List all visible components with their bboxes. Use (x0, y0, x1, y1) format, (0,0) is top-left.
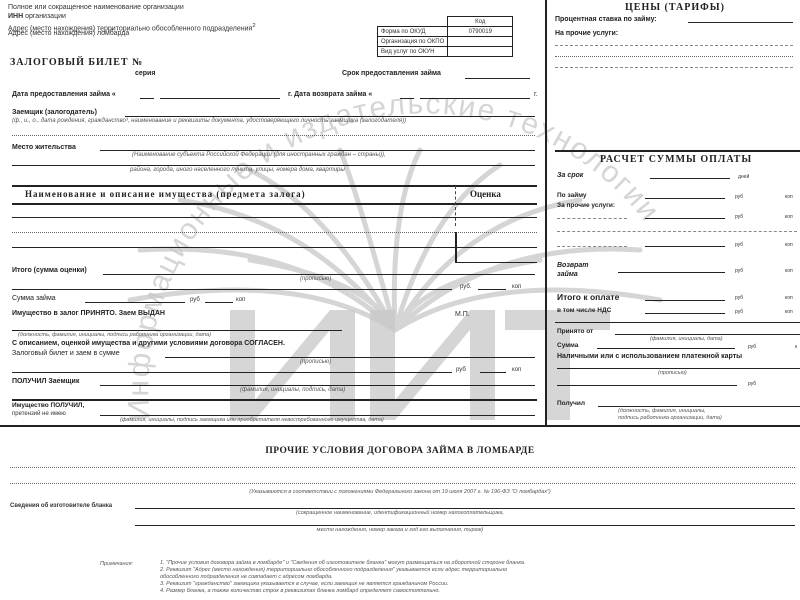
accepted-from-label: Принято от (557, 328, 593, 335)
borrower-field-2[interactable] (12, 135, 535, 136)
received-ticket-field[interactable] (165, 357, 535, 358)
loan-sum-kop: коп (236, 296, 245, 304)
total-in-words-hint: (прописью) (300, 276, 331, 282)
year-suffix: г. (534, 91, 538, 99)
property-row-3[interactable] (12, 247, 537, 248)
accepted-from-hint: (фамилия, инициалы, дата) (650, 336, 723, 342)
calc-other-name-3[interactable] (557, 246, 627, 247)
total-kop-field[interactable] (478, 289, 506, 290)
borrower-hint: (ф., и., о., дата рождения, гражданство³… (12, 118, 406, 124)
calc-other-kop-1: коп (785, 213, 793, 221)
accepted-hint: (должность, фамилия, инициалы, подпись р… (18, 332, 211, 338)
calc-loan-kop: коп (785, 193, 793, 201)
calc-days: дней (738, 173, 749, 181)
calc-return-label-1: Возврат (557, 262, 589, 269)
date-given-month[interactable] (160, 98, 280, 99)
prices-title: ЦЕНЫ (ТАРИФЫ) (625, 2, 725, 13)
property-received-field[interactable] (100, 415, 535, 416)
residence-field[interactable] (100, 150, 535, 151)
calc-received-label: Получил (557, 400, 585, 407)
notes-label: Примечания: (100, 561, 133, 567)
calc-loan-field[interactable] (645, 198, 725, 199)
total-field-2[interactable] (12, 289, 452, 290)
note-2-cont: обособленного подразделения не совпадает… (160, 574, 526, 581)
address-sub-sup: 2 (252, 23, 255, 29)
calc-return-label-2: займа (557, 271, 578, 278)
total-field[interactable] (103, 274, 535, 275)
calc-received-hint-1: (должность, фамилия, инициалы, (618, 408, 706, 414)
ticket-title: ЗАЛОГОВЫЙ БИЛЕТ № (10, 57, 143, 68)
calc-total-rub: руб (735, 294, 743, 302)
property-table-top (12, 185, 537, 187)
calc-other-name-1[interactable] (557, 218, 627, 219)
received-rub: руб (456, 366, 466, 374)
code-value-okpo[interactable] (448, 37, 513, 47)
accepted-from-field[interactable] (615, 334, 800, 335)
stamp-label: М.П. (455, 311, 470, 319)
note-2: 2. Реквизит "Адрес (место нахождения) те… (160, 567, 526, 574)
residence-field-2[interactable] (12, 165, 535, 166)
date-return-month[interactable] (420, 98, 530, 99)
cash-card-label: Наличными или с использованием платежной… (557, 353, 742, 360)
interest-field[interactable] (688, 22, 793, 23)
section-divider (0, 425, 800, 427)
residence-label: Место жительства (12, 144, 76, 151)
date-given-label: Дата предоставления займа « (12, 91, 116, 98)
cash-card-hint: (прописью) (658, 370, 687, 376)
cash-card-field-2[interactable] (557, 385, 737, 386)
other-services-label: На прочие услуги: (555, 30, 618, 37)
agreed-label: С описанием, оценкой имущества и другими… (12, 340, 285, 347)
property-col-name: Наименование и описание имущества (предм… (25, 189, 306, 199)
property-value-total-line (455, 262, 537, 263)
property-received-hint: (фамилия, инициалы, подпись заемщика или… (120, 417, 384, 423)
received-kop: коп (512, 366, 521, 374)
calc-vat-label: в том числе НДС (557, 307, 611, 314)
property-col-divider-2 (455, 232, 457, 262)
calc-other-row-2[interactable] (557, 231, 797, 232)
calc-sum-rub: руб (748, 343, 756, 351)
calc-sum-kop: к (795, 343, 797, 351)
other-services-field-1[interactable] (555, 45, 793, 46)
inn-row: ИНН организации (8, 13, 66, 21)
total-label: Итого (сумма оценки) (12, 267, 87, 274)
calc-other-label: За прочие услуги: (557, 202, 615, 209)
code-label-okud: Форма по ОКУД (378, 27, 448, 37)
received-in-words-hint: (прописью) (300, 359, 331, 365)
calc-term-label: За срок (557, 172, 583, 179)
code-label-okun: Вид услуг по ОКУН (378, 47, 448, 57)
calc-other-field-3[interactable] (645, 246, 725, 247)
maker-hint-2: место нахождения, номер заказа и год его… (0, 527, 800, 533)
loan-sum-label: Сумма займа (12, 295, 56, 302)
calc-term-field[interactable] (650, 178, 730, 179)
accepted-label: Имущество в залог ПРИНЯТО. Заем ВЫДАН (12, 310, 165, 317)
code-value-okun[interactable] (448, 47, 513, 57)
calc-vat-rub: руб (735, 308, 743, 316)
calc-total-kop: коп (785, 294, 793, 302)
calc-other-field-1[interactable] (645, 218, 725, 219)
calc-title: РАСЧЕТ СУММЫ ОПЛАТЫ (600, 154, 752, 165)
other-services-field-3[interactable] (555, 67, 793, 68)
borrower-got-label: ПОЛУЧИЛ Заемщик (12, 378, 79, 385)
borrower-field[interactable] (125, 116, 535, 117)
loan-term-field[interactable] (465, 78, 530, 79)
calc-total-label: Итого к оплате (557, 292, 619, 302)
date-return-label: г. Дата возврата займа « (288, 91, 372, 98)
series-label: серия (135, 70, 155, 77)
cash-card-rub: руб (748, 380, 756, 388)
total-rub: руб. (460, 283, 471, 291)
calc-loan-rub: руб (735, 193, 743, 201)
maker-field[interactable] (135, 508, 795, 509)
borrower-got-field[interactable] (100, 385, 535, 386)
property-received-label-2: претензий не имею (12, 410, 66, 418)
calc-other-rub-3: руб (735, 241, 743, 249)
date-return-day[interactable] (400, 98, 414, 99)
other-terms-field-2[interactable] (10, 483, 795, 484)
calc-vat-field[interactable] (645, 313, 725, 314)
loan-sum-kop-field[interactable] (205, 302, 233, 303)
borrower-got-hint: (фамилия, инициалы, подпись, дата) (240, 387, 345, 393)
property-row-1[interactable] (12, 217, 537, 218)
loan-sum-field[interactable] (85, 302, 185, 303)
column-divider (545, 0, 547, 425)
loan-sum-rub: руб (190, 296, 200, 304)
address-main-label: Адрес (место нахождения) ломбарда (8, 30, 129, 38)
other-terms-field-1[interactable] (10, 467, 795, 468)
calc-other-rub-1: руб (735, 213, 743, 221)
maker-field-2[interactable] (135, 525, 795, 526)
property-header-bottom (12, 203, 537, 205)
org-name-label: Полное или сокращенное наименование орга… (8, 4, 184, 12)
other-services-field-2[interactable] (555, 56, 793, 57)
loan-term-label: Срок предоставления займа (342, 70, 441, 77)
calc-top-divider (555, 150, 800, 152)
calc-return-field[interactable] (618, 272, 725, 273)
inn-suffix: организации (25, 13, 66, 20)
calc-received-hint-2: подпись работника организации, дата) (618, 415, 722, 421)
note-3: 3. Реквизит "гражданство" заемщика указы… (160, 581, 526, 588)
calc-total-field[interactable] (645, 300, 725, 301)
date-given-day[interactable] (140, 98, 154, 99)
property-received-label-1: Имущество ПОЛУЧИЛ, (12, 402, 84, 409)
codes-table: Код Форма по ОКУД0790019 Организация по … (377, 16, 513, 57)
residence-hint-2: района, города, иного населенного пункта… (130, 167, 345, 173)
calc-vat-kop: коп (785, 308, 793, 316)
maker-label: Сведения об изготовителе бланка (10, 502, 112, 510)
property-row-2[interactable] (12, 232, 537, 233)
code-label-okpo: Организация по ОКПО (378, 37, 448, 47)
calc-mid-divider (555, 322, 800, 323)
calc-return-kop: коп (785, 267, 793, 275)
calc-received-field[interactable] (598, 406, 800, 407)
property-col-value: Оценка (470, 189, 501, 199)
calc-sum-field[interactable] (597, 348, 735, 349)
interest-label: Процентная ставка по займу: (555, 16, 657, 23)
other-terms-law-hint: (Указываются в соответствии с положениям… (0, 489, 800, 495)
inn-label: ИНН (8, 13, 23, 20)
calc-loan-label: По займу (557, 192, 587, 199)
notes-list: 1. "Прочие условия договора займа в ломб… (160, 560, 526, 595)
cash-card-field[interactable] (557, 368, 800, 369)
maker-hint-1: (сокращенное наименование, идентификацио… (0, 510, 800, 516)
received-kop-field[interactable] (480, 372, 506, 373)
note-1: 1. "Прочие условия договора займа в ломб… (160, 560, 526, 567)
note-4: 4. Размер бланка, а также количество стр… (160, 588, 526, 595)
borrower-label: Заемщик (залогодатель) (12, 109, 97, 116)
received-ticket-field-2[interactable] (12, 372, 452, 373)
received-ticket-label: Залоговый билет и заем в сумме (12, 350, 120, 357)
divider-before-property-received (12, 399, 537, 401)
other-terms-title: ПРОЧИЕ УСЛОВИЯ ДОГОВОРА ЗАЙМА В ЛОМБАРДЕ (0, 446, 800, 456)
calc-sum-label: Сумма (557, 342, 578, 349)
residence-hint-1: (Наименование субъекта Российской Федера… (132, 152, 386, 158)
total-kop: коп (512, 283, 521, 291)
property-col-divider (455, 186, 456, 226)
calc-other-kop-3: коп (785, 241, 793, 249)
code-value-okud[interactable]: 0790019 (448, 27, 513, 37)
accepted-signature-field[interactable] (12, 330, 342, 331)
calc-return-rub: руб (735, 267, 743, 275)
codes-header: Код (448, 17, 513, 27)
